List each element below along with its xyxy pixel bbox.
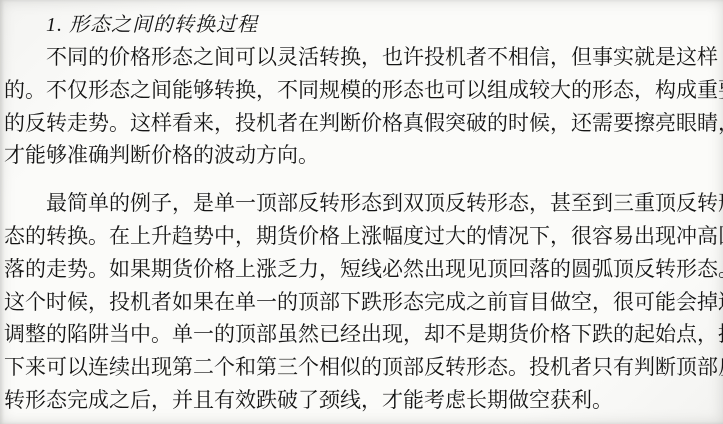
text-line: 转形态完成之后，并且有效跌破了颈线，才能考虑长期做空获利。 xyxy=(4,384,717,417)
text-line: 调整的陷阱当中。单一的顶部虽然已经出现，却不是期货价格下跌的起始点，接 xyxy=(4,318,717,351)
paragraph-1: 不同的价格形态之间可以灵活转换，也许投机者不相信，但事实就是这样 的。不仅形态之… xyxy=(4,41,717,172)
text-line: 落的走势。如果期货价格上涨乏力，短线必然出现见顶回落的圆弧顶反转形态。 xyxy=(4,253,717,286)
text-line: 这个时候，投机者如果在单一的顶部下跌形态完成之前盲目做空，很可能会掉进 xyxy=(4,286,717,319)
text-line: 的反转走势。这样看来，投机者在判断价格真假突破的时候，还需要擦亮眼睛， xyxy=(4,107,717,140)
text-line: 最简单的例子，是单一顶部反转形态到双顶反转形态，甚至到三重顶反转形 xyxy=(4,187,717,220)
text-line: 的。不仅形态之间能够转换，不同规模的形态也可以组成较大的形态，构成重要 xyxy=(4,74,717,107)
scanned-book-page: 1. 形态之间的转换过程 不同的价格形态之间可以灵活转换，也许投机者不相信，但事… xyxy=(0,0,723,424)
text-line: 态的转换。在上升趋势中，期货价格上涨幅度过大的情况下，很容易出现冲高回 xyxy=(4,220,717,253)
paragraph-2: 最简单的例子，是单一顶部反转形态到双顶反转形态，甚至到三重顶反转形 态的转换。在… xyxy=(4,187,717,417)
section-heading: 1. 形态之间的转换过程 xyxy=(4,9,717,41)
text-line: 不同的价格形态之间可以灵活转换，也许投机者不相信，但事实就是这样 xyxy=(4,41,717,74)
text-line: 下来可以连续出现第二个和第三个相似的顶部反转形态。投机者只有判断顶部反 xyxy=(4,351,717,384)
text-line: 才能够准确判断价格的波动方向。 xyxy=(4,139,717,172)
